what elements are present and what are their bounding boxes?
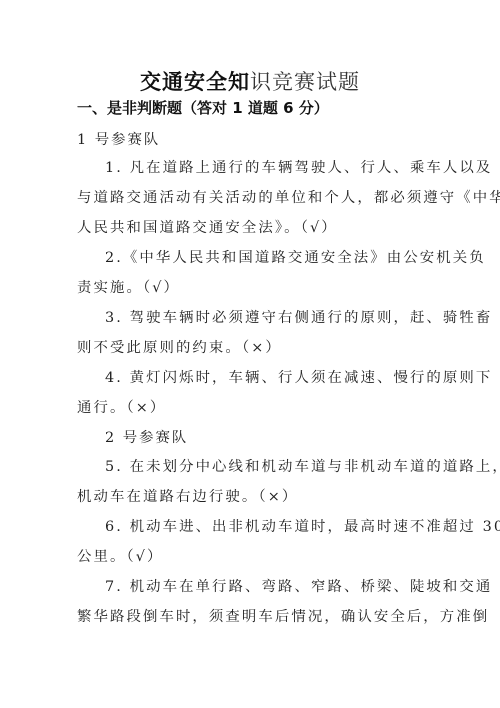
question-line: 3. 驾驶车辆时必须遵守右侧通行的原则，赶、骑牲畜 [105, 306, 427, 327]
question-line: 通行。（×） [77, 396, 427, 417]
question-line: 与道路交通活动有关活动的单位和个人，都必须遵守《中华 [77, 186, 427, 207]
question-line: 公里。（√） [77, 545, 427, 566]
title-light-part: 识竞赛试题 [250, 70, 360, 94]
document-page: 交通安全知识竞赛试题 一、是非判断题（答对 1 道题 6 分） 1 号参赛队 1… [0, 0, 500, 708]
question-line: 则不受此原则的约束。（×） [77, 336, 427, 357]
question-line: 人民共和国道路交通安全法》。（√） [77, 216, 427, 237]
document-title: 交通安全知识竞赛试题 [0, 66, 500, 96]
question-line: 4. 黄灯闪烁时，车辆、行人须在减速、慢行的原则下 [105, 366, 427, 387]
question-line: 责实施。（√） [77, 276, 427, 297]
question-line: 5. 在未划分中心线和机动车道与非机动车道的道路上， [105, 455, 427, 476]
question-line: 2.《中华人民共和国道路交通安全法》由公安机关负 [105, 246, 427, 267]
question-line: 机动车在道路右边行驶。（×） [77, 485, 427, 506]
question-line: 7. 机动车在单行路、弯路、窄路、桥梁、陡坡和交通 [105, 575, 427, 596]
team-2-label: 2 号参赛队 [105, 426, 427, 447]
section-heading: 一、是非判断题（答对 1 道题 6 分） [77, 97, 329, 118]
title-bold-part: 交通安全知 [140, 70, 250, 94]
question-line: 1. 凡在道路上通行的车辆驾驶人、行人、乘车人以及 [105, 156, 427, 177]
question-line: 6. 机动车进、出非机动车道时，最高时速不准超过 30 [105, 515, 427, 536]
team-1-label: 1 号参赛队 [77, 128, 427, 149]
question-line: 繁华路段倒车时，须查明车后情况，确认安全后，方准倒 [77, 605, 427, 626]
